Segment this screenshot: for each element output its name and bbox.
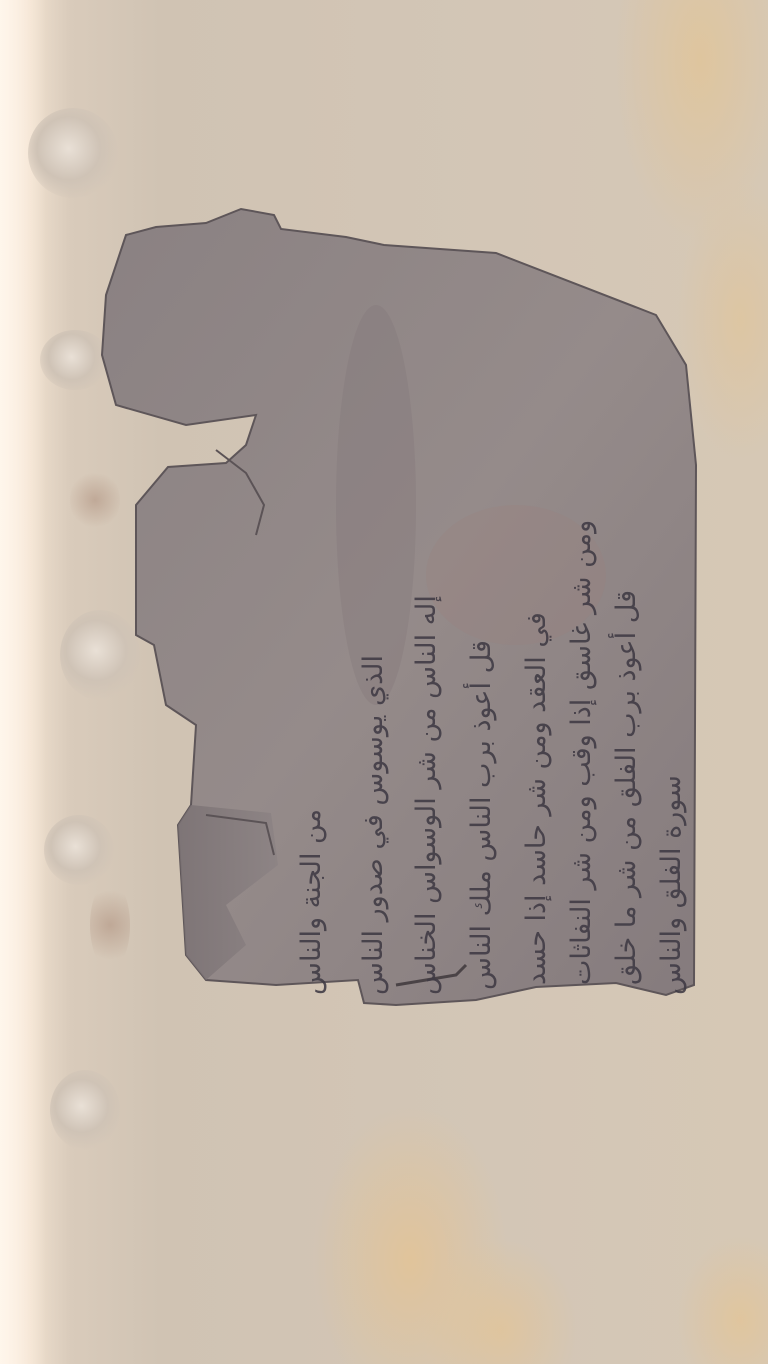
manuscript-line: من الجنة والناس bbox=[296, 809, 327, 995]
manuscript-text: سورة الفلق والناس قل أعوذ برب الفلق من ش… bbox=[96, 205, 700, 1010]
manuscript-line: إله الناس من شر الوسواس الخناس bbox=[411, 595, 442, 995]
pebble bbox=[50, 1070, 120, 1150]
manuscript-line: قل أعوذ برب الناس ملك الناس bbox=[466, 640, 497, 990]
manuscript-line: سورة الفلق والناس bbox=[656, 775, 687, 995]
manuscript-line: الذي يوسوس في صدور الناس bbox=[358, 655, 389, 995]
light-edge bbox=[0, 0, 46, 1364]
manuscript-line: ومن شر غاسق إذا وقب ومن شر النفاثات bbox=[566, 520, 597, 985]
manuscript-line: قل أعوذ برب الفلق من شر ما خلق bbox=[611, 590, 642, 985]
pebble bbox=[28, 108, 118, 198]
manuscript-line: في العقد ومن شر حاسد إذا حسد bbox=[521, 612, 552, 985]
manuscript-fragment: سورة الفلق والناس قل أعوذ برب الفلق من ش… bbox=[96, 205, 700, 1010]
